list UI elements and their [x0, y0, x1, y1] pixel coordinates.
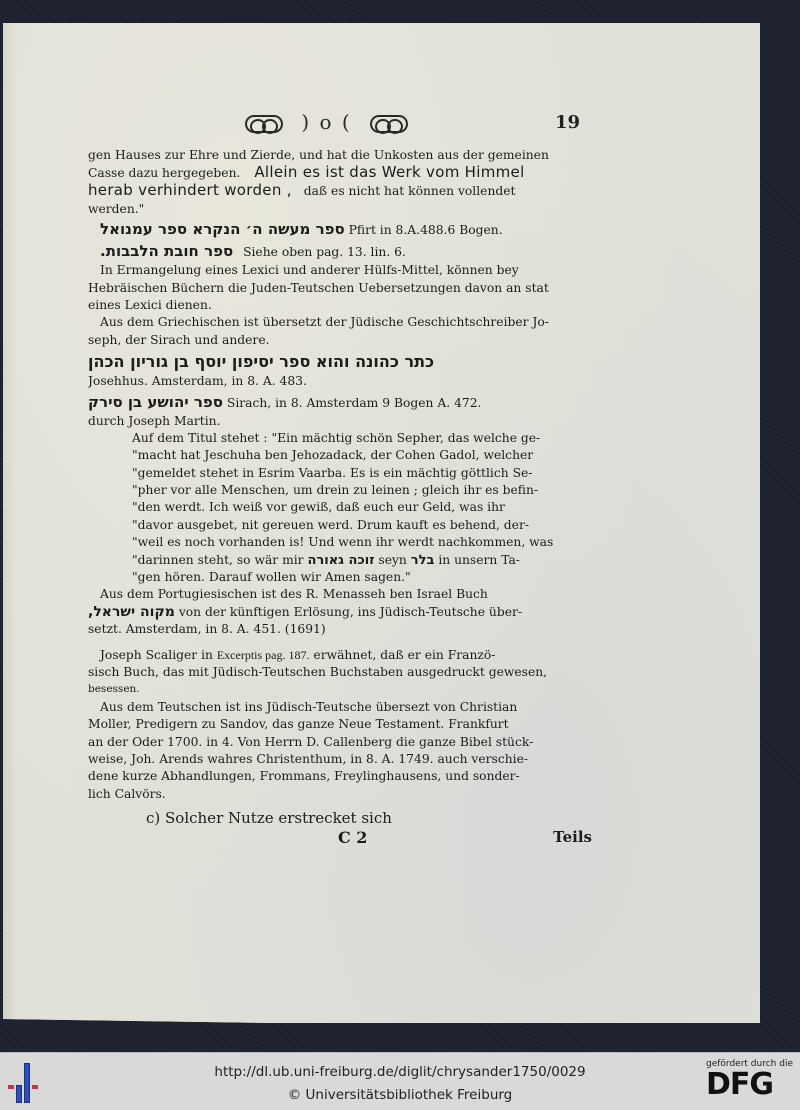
header-ornament-text: ) o (: [301, 110, 351, 134]
latin-text: Excerptis pag. 187.: [217, 648, 310, 662]
text-span: erwähnet, daß er ein Franzö-: [313, 648, 495, 662]
text-line: מקוה ישראל, von der künftigen Erlösung, …: [88, 604, 592, 621]
page-body: gen Hauses zur Ehre und Zierde, und hat …: [88, 147, 592, 849]
text-line: werden.": [88, 201, 592, 218]
header-ornament: ) o (: [245, 110, 408, 134]
text-line: Josehhus. Amsterdam, in 8. A. 483.: [88, 373, 592, 390]
text-line: setzt. Amsterdam, in 8. A. 451. (1691): [88, 621, 592, 638]
page-number: 19: [555, 112, 580, 133]
hebrew-title: ספר יהושע בן סירק: [88, 393, 223, 411]
text-line: besessen.: [88, 681, 592, 698]
hebrew-title: ספר מעשה ה׳ הנקרא ספר עמנואל: [100, 220, 345, 238]
text-line: durch Joseph Martin.: [88, 413, 592, 430]
text-line: Moller, Predigern zu Sandov, das ganze N…: [88, 716, 592, 733]
text-line: Casse dazu hergegeben. Allein es ist das…: [88, 164, 592, 181]
quote-line: "davor ausgebet, nit gereuen werd. Drum …: [88, 517, 592, 534]
hebrew-entry: כתר כהונה והוא ספר יסיפון יוסף בן גוריון…: [88, 349, 592, 373]
quote-line: "weil es noch vorhanden is! Und wenn ihr…: [88, 534, 592, 551]
hebrew-title: ספר חובת הלבבות.: [100, 242, 233, 260]
hebrew-title: כתר כהונה והוא ספר יסיפון יוסף בן גוריון…: [88, 352, 434, 371]
entry-text: Pfirt in 8.A.488.6 Bogen.: [349, 223, 503, 237]
text-span: seyn: [378, 553, 406, 567]
text-span: "darinnen steht, so wär mir: [132, 553, 304, 567]
entry-text: Sirach, in 8. Amsterdam 9 Bogen A. 472.: [227, 396, 482, 410]
text-line: gen Hauses zur Ehre und Zierde, und hat …: [88, 147, 592, 164]
catchline: C 2 Teils: [88, 829, 592, 849]
text-span: Casse dazu hergegeben.: [88, 166, 240, 180]
quote-line: "macht hat Jeschuha ben Jehozadack, der …: [88, 447, 592, 464]
text-line: weise, Joh. Arends wahres Christenthum, …: [88, 751, 592, 768]
text-line: Hebräischen Büchern die Juden-Teutschen …: [88, 280, 592, 297]
text-line: herab verhindert worden , daß es nicht h…: [88, 182, 592, 201]
quote-line: Auf dem Titul stehet : "Ein mächtig schö…: [88, 430, 592, 447]
hebrew-entry: ספר חובת הלבבות. Siehe oben pag. 13. lin…: [88, 240, 592, 262]
text-line: Joseph Scaliger in Excerptis pag. 187. e…: [88, 647, 592, 664]
permalink-url[interactable]: http://dl.ub.uni-freiburg.de/diglit/chry…: [0, 1064, 800, 1080]
emphasis-text: herab verhindert worden ,: [88, 182, 292, 199]
text-line: dene kurze Abhandlungen, Frommans, Freyl…: [88, 768, 592, 785]
hebrew-entry: ספר יהושע בן סירק Sirach, in 8. Amsterda…: [88, 391, 592, 413]
quote-line: "gen hören. Darauf wollen wir Amen sagen…: [88, 569, 592, 586]
hebrew-word: זוכה גאורה: [307, 553, 374, 568]
text-line: eines Lexici dienen.: [88, 297, 592, 314]
catchword: Teils: [553, 829, 592, 846]
quote-line: "den werdt. Ich weiß vor gewiß, daß euch…: [88, 499, 592, 516]
footnote: c) Solcher Nutze erstrecket sich: [88, 807, 592, 829]
vignette-left-icon: [245, 115, 283, 133]
text-line: Aus dem Portugiesischen ist des R. Menas…: [88, 586, 592, 603]
copyright-text: © Universitätsbibliothek Freiburg: [0, 1087, 800, 1103]
text-line: sisch Buch, das mit Jüdisch-Teutschen Bu…: [88, 664, 592, 681]
signature-mark: C 2: [338, 829, 367, 846]
text-line: Aus dem Teutschen ist ins Jüdisch-Teutsc…: [88, 699, 592, 716]
hebrew-word: בלר: [411, 553, 435, 568]
hebrew-entry: ספר מעשה ה׳ הנקרא ספר עמנואל Pfirt in 8.…: [88, 218, 592, 240]
hebrew-title: מקוה ישראל,: [88, 604, 175, 620]
quote-line: "pher vor alle Menschen, um drein zu lei…: [88, 482, 592, 499]
text-line: lich Calvörs.: [88, 786, 592, 803]
text-span: daß es nicht hat können vollendet: [304, 184, 516, 198]
vignette-right-icon: [370, 115, 408, 133]
text-span: in unsern Ta-: [438, 553, 520, 567]
text-line: In Ermangelung eines Lexici und anderer …: [88, 262, 592, 279]
emphasis-text: Allein es ist das Werk vom Himmel: [254, 164, 524, 181]
text-line: Aus dem Griechischen ist übersetzt der J…: [88, 314, 592, 331]
text-line: an der Oder 1700. in 4. Von Herrn D. Cal…: [88, 734, 592, 751]
text-span: Joseph Scaliger in: [100, 648, 213, 662]
quote-line: "gemeldet stehet in Esrim Vaarba. Es is …: [88, 465, 592, 482]
footer-bar: http://dl.ub.uni-freiburg.de/diglit/chry…: [0, 1052, 800, 1110]
text-line: seph, der Sirach und andere.: [88, 332, 592, 349]
entry-text: Siehe oben pag. 13. lin. 6.: [243, 245, 406, 259]
text-span: von der künftigen Erlösung, ins Jüdisch-…: [179, 605, 522, 619]
dfg-logo: gefördert durch die DFG: [706, 1059, 796, 1101]
dfg-mark-icon: DFG: [706, 1069, 796, 1101]
quote-line: "darinnen steht, so wär mir זוכה גאורה s…: [88, 552, 592, 569]
